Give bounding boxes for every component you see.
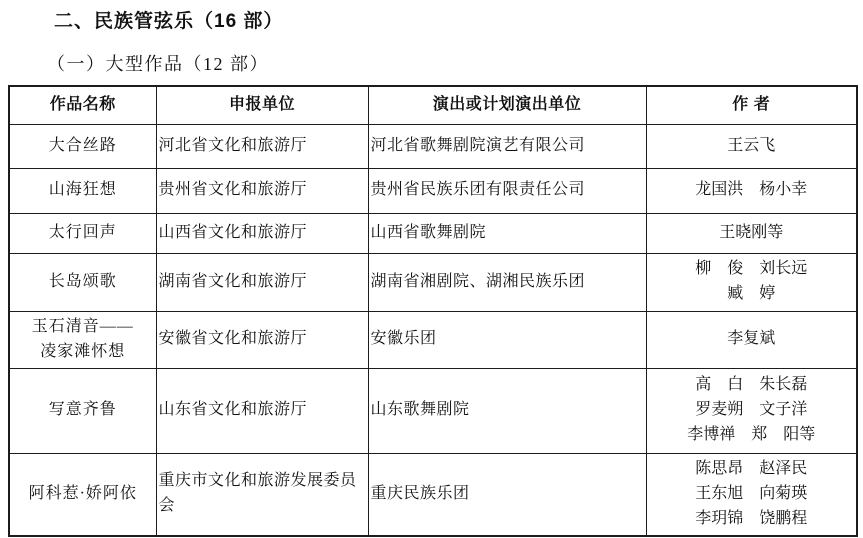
performing-unit-cell: 安徽乐团	[368, 311, 646, 368]
performing-unit-cell: 河北省歌舞剧院演艺有限公司	[368, 124, 646, 168]
work-name-cell: 写意齐鲁	[9, 368, 156, 453]
table-row: 写意齐鲁 山东省文化和旅游厅 山东歌舞剧院 高 白 朱长磊 罗麦朔 文子洋 李博…	[9, 368, 857, 453]
table-row: 长岛颂歌 湖南省文化和旅游厅 湖南省湘剧院、湖湘民族乐团 柳 俊 刘长远 臧 婷	[9, 253, 857, 311]
authors-cell: 王云飞	[646, 124, 857, 168]
work-name-cell: 大合丝路	[9, 124, 156, 168]
authors-cell: 李复斌	[646, 311, 857, 368]
header-row: 作品名称 申报单位 演出或计划演出单位 作 者	[9, 86, 857, 124]
authors-cell: 高 白 朱长磊 罗麦朔 文子洋 李博禅 郑 阳等	[646, 368, 857, 453]
work-name-cell: 山海狂想	[9, 168, 156, 213]
work-name-cell: 阿科惹·娇阿依	[9, 453, 156, 536]
performing-unit-cell: 湖南省湘剧院、湖湘民族乐团	[368, 253, 646, 311]
work-name-cell: 太行回声	[9, 213, 156, 253]
table-header: 作品名称 申报单位 演出或计划演出单位 作 者	[9, 86, 857, 124]
column-header-performing-unit: 演出或计划演出单位	[368, 86, 646, 124]
column-header-applicant-unit: 申报单位	[156, 86, 368, 124]
table-row: 玉石清音—— 凌家滩怀想 安徽省文化和旅游厅 安徽乐团 李复斌	[9, 311, 857, 368]
authors-cell: 柳 俊 刘长远 臧 婷	[646, 253, 857, 311]
works-table: 作品名称 申报单位 演出或计划演出单位 作 者 大合丝路 河北省文化和旅游厅 河…	[8, 85, 858, 537]
applicant-unit-cell: 安徽省文化和旅游厅	[156, 311, 368, 368]
table-row: 山海狂想 贵州省文化和旅游厅 贵州省民族乐团有限责任公司 龙国洪 杨小幸	[9, 168, 857, 213]
table-row: 太行回声 山西省文化和旅游厅 山西省歌舞剧院 王晓刚等	[9, 213, 857, 253]
work-name-cell: 长岛颂歌	[9, 253, 156, 311]
applicant-unit-cell: 河北省文化和旅游厅	[156, 124, 368, 168]
applicant-unit-cell: 贵州省文化和旅游厅	[156, 168, 368, 213]
column-header-authors: 作 者	[646, 86, 857, 124]
authors-cell: 王晓刚等	[646, 213, 857, 253]
work-name-cell: 玉石清音—— 凌家滩怀想	[9, 311, 156, 368]
performing-unit-cell: 重庆民族乐团	[368, 453, 646, 536]
performing-unit-cell: 山东歌舞剧院	[368, 368, 646, 453]
table-body: 大合丝路 河北省文化和旅游厅 河北省歌舞剧院演艺有限公司 王云飞 山海狂想 贵州…	[9, 124, 857, 536]
performing-unit-cell: 贵州省民族乐团有限责任公司	[368, 168, 646, 213]
authors-cell: 陈思昂 赵泽民 王东旭 向菊瑛 李玥锦 饶鹏程	[646, 453, 857, 536]
subsection-title: （一）大型作品（12 部）	[47, 50, 269, 76]
authors-cell: 龙国洪 杨小幸	[646, 168, 857, 213]
table-row: 大合丝路 河北省文化和旅游厅 河北省歌舞剧院演艺有限公司 王云飞	[9, 124, 857, 168]
document-page: 二、民族管弦乐（16 部） （一）大型作品（12 部） 作品名称 申报单位 演出…	[0, 0, 863, 538]
applicant-unit-cell: 山西省文化和旅游厅	[156, 213, 368, 253]
applicant-unit-cell: 重庆市文化和旅游发展委员会	[156, 453, 368, 536]
column-header-work-name: 作品名称	[9, 86, 156, 124]
section-title: 二、民族管弦乐（16 部）	[54, 6, 283, 33]
performing-unit-cell: 山西省歌舞剧院	[368, 213, 646, 253]
table-row: 阿科惹·娇阿依 重庆市文化和旅游发展委员会 重庆民族乐团 陈思昂 赵泽民 王东旭…	[9, 453, 857, 536]
applicant-unit-cell: 湖南省文化和旅游厅	[156, 253, 368, 311]
applicant-unit-cell: 山东省文化和旅游厅	[156, 368, 368, 453]
